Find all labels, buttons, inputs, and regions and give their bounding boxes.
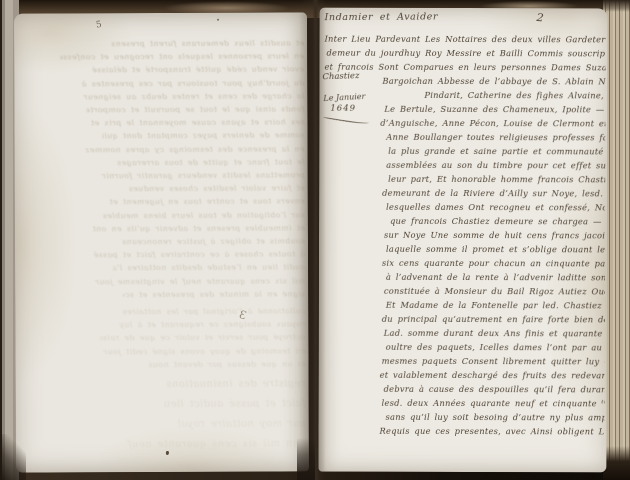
handwritten-line: lesd. deux Années quarante neuf et cinqu… [382,396,605,411]
handwritten-line: d’Anguische, Anne Pécon, Louise de Clerm… [380,116,605,131]
handwritten-line: demeurant de la Riviere d’Ailly sur Noye… [382,186,605,201]
handwritten-bleed-line: et ausdits lieux demeurans furent presen… [76,36,304,50]
handwritten-bleed-line: et an que dessus par devant nous [110,357,306,371]
bottom-left-corner-shadow [0,434,26,480]
handwritten-line: sur Noye Une somme de huit cens francs j… [384,228,605,243]
handwritten-line: et francois Sont Comparues en leurs pers… [324,60,605,75]
handwritten-bleed-line: et faire valoir lesdites choses vendues [83,182,305,196]
handwritten-line: du principal qu’autrement en faire forte… [382,312,605,327]
right-page-handwritten-text: Inter Lieu Pardevant Les Nottaires des d… [323,32,605,439]
handwritten-bleed-line: en la presence des tesmoings cy apres no… [79,142,305,156]
manuscript-book-scan: 5 et ausdits lieux demeurans furent pres… [0,0,630,480]
handwritten-line: sans qu’il luy soit besoing d’autre ny p… [386,410,605,425]
handwritten-line: Lad. somme durant deux Ans finis et quar… [384,326,605,341]
fore-edge-bottom-shadow [603,446,630,480]
handwritten-line: que francois Chastiez demeure se chargea… [390,214,605,229]
handwritten-bleed-line: et immeubles presens et advenir qu’ils e… [83,221,305,235]
handwritten-line: Bargoichan Abbesse de l’abbaye de S. Abl… [382,74,605,89]
handwritten-bleed-line: faict et passé audict lieu [104,394,306,415]
handwritten-line: assemblées au son du timbre pour cet eff… [386,158,605,173]
handwritten-bleed-line: soubmis et obligez à justice renonceans [103,234,305,248]
handwritten-bleed-line: le tout franc et quitte de tous arrerage… [93,155,305,169]
handwritten-line: debvra à cause des despouilles qu’il fer… [384,382,605,397]
handwritten-bleed-line: en leurs personnes lesquels ont recogneu… [60,50,304,64]
handwritten-bleed-line: octroyé pour servir et valoir ce que de … [99,331,305,345]
handwritten-line: Pindarit, Catherine des fighes Alvaine, … [424,88,605,102]
left-page-bleedthrough-text-faint: registre des insinuationsfaict et passé … [44,374,306,455]
handwritten-bleed-line: en tesmoing de quoy avons signé cedit jo… [83,344,305,358]
right-page: Indamier et Avaider 2 Chastiez Le Januie… [318,8,607,473]
handwritten-bleed-line: la charge des cens et rentes deubz au se… [72,89,304,103]
handwritten-bleed-line: l’an mil six cens quarante neuf [114,434,306,455]
gutter-bottom-shadow [297,438,315,480]
handwritten-line: Inter Lieu Pardevant Les Nottaires des d… [325,32,606,47]
handwritten-line: Anne Boullanger toutes religieuses profe… [386,130,605,145]
left-page-bleedthrough-text-lower: collationné à l’original par les nottair… [43,304,305,371]
handwritten-line: leur part, Et honorable homme francois C… [388,172,605,187]
handwritten-line: Requis que ces presentes, avec Ainsi obl… [379,424,604,439]
book-gutter-shadow [299,0,326,480]
handwritten-line: six cens quarante pour chacun an cinquan… [382,256,605,271]
handwritten-bleed-line: du jourd’huy pour tousiours par ces pres… [82,76,304,90]
handwritten-bleed-line: registre des insinuations [134,374,306,395]
handwritten-bleed-line: somme de deniers payez comptant dont qui… [103,129,305,143]
left-page-bleedthrough-text: et ausdits lieux demeurans furent presen… [42,36,305,301]
handwritten-line: mesmes paquets Consent librement quitter… [382,354,605,369]
top-margin-mark: 5 [95,20,102,31]
handwritten-line: à l’advenant de la rente à l’advenir lad… [386,270,605,285]
fore-edge-top-shadow [603,0,630,12]
handwritten-line: oultre des paquets, Icelles dames l’ont … [386,340,605,355]
ink-speck [217,19,219,21]
handwritten-line: demeur du jourdhuy Roy Messire et Bailli… [326,46,605,61]
left-page: 5 et ausdits lieux demeurans furent pres… [14,12,309,472]
handwritten-bleed-line: audit lieu en l’estude desdits nottaires… [113,261,305,275]
page-header-title: Indamier et Avaider [325,11,439,23]
handwritten-bleed-line: à toutes choses à ce contraires faict et… [77,248,305,262]
handwritten-bleed-line: par moy nottaire royal [154,414,306,435]
handwritten-bleed-line: sur l’obligation de tous leurs biens meu… [71,208,305,222]
handwritten-line: Le Bertule, Suzanne des Chameneux, Ipoli… [384,102,605,117]
handwritten-bleed-line: signé en la minute des presentes et scel… [123,287,305,301]
handwritten-line: Et Madame de la Fontenelle par led. Chas… [386,298,605,313]
handwritten-bleed-line: royaux soubsignez ce requerant et à luy [73,318,305,332]
handwritten-line: la plus grande et saine partie et commun… [388,144,605,159]
handwritten-bleed-line: promettans lesdits vendeurs garantir fou… [57,168,305,182]
handwritten-bleed-line: mil six cens quarante neuf le vingtiesme… [63,274,305,288]
handwritten-bleed-line: fonds ainsi que le tout se poursuit et c… [86,102,304,116]
handwritten-bleed-line: ses hoirs et ayans cause moyennant le pr… [66,116,304,130]
handwritten-line: constituée à Monsieur du Bail Rigoz Auti… [384,284,605,299]
handwritten-line: lesquelles dames Ont recogneu et confess… [386,200,605,215]
handwritten-bleed-line: avoir vendu cédé quitté transporté et dé… [68,63,304,77]
handwritten-bleed-line: collationné à l’original par les nottair… [89,304,305,318]
handwritten-line: et valablement deschargé des fruits des … [380,368,605,383]
handwritten-bleed-line: envers tous et contre tous en jugement e… [107,195,305,209]
handwritten-line: laquelle somme il promet et s’oblige dou… [386,242,605,257]
page-number: 2 [536,11,544,25]
